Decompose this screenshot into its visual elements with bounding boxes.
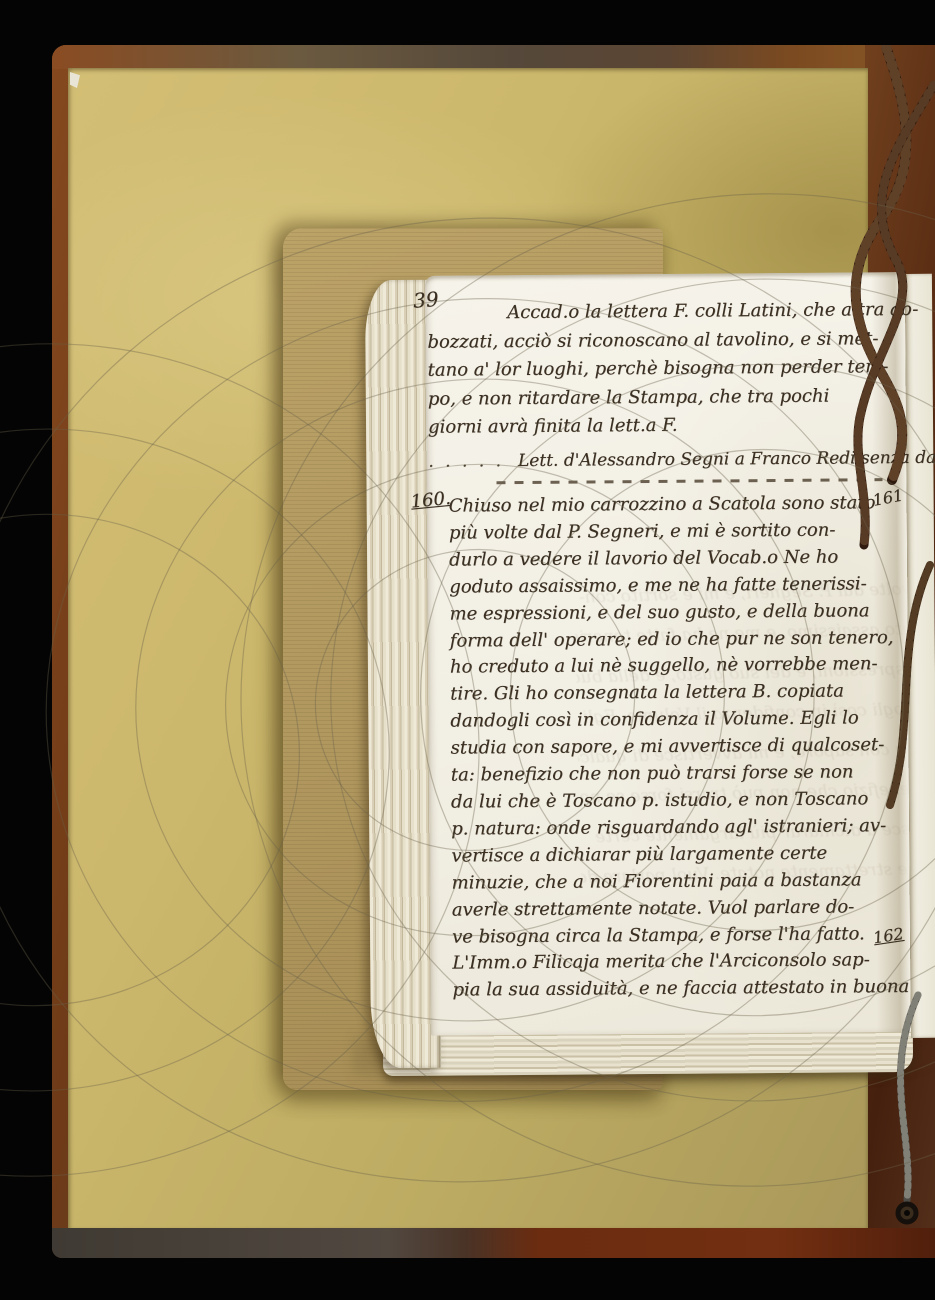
text-line: po, e non ritardare la Stampa, che tra p… (428, 382, 902, 414)
paragraph-2: Chiuso nel mio carrozzino a Scatola sono… (449, 490, 911, 1005)
text-line: da lui che è Toscano p. istudio, e non T… (451, 786, 909, 817)
text-line: L'Imm.o Filicaja merita che l'Arciconsol… (452, 947, 910, 978)
text-line: ho creduto a lui nè suggello, nè vorrebb… (450, 651, 908, 682)
text-line: studia con sapore, e mi avvertisce di qu… (450, 732, 908, 763)
text-line: minuzie, che a noi Fiorentini paia a bas… (452, 867, 910, 898)
text-line: forma dell' operare; ed io che pur ne so… (450, 625, 908, 656)
text-line: pia la sua assiduità, e ne faccia attest… (452, 974, 910, 1005)
photo-stage: più volte dal P. Segneri, e mi è sortito… (0, 0, 935, 1300)
paragraph-1: Accad.o la lettera F. colli Latini, che … (427, 296, 902, 443)
paper-chip (70, 72, 80, 88)
text-line: più volte dal P. Segneri, e mi è sortito… (449, 517, 907, 548)
text-line: tire. Gli ho consegnata la lettera B. co… (450, 678, 908, 709)
text-line: durlo a vedere il lavorio del Vocab.o Ne… (449, 544, 907, 575)
text-line: p. natura: onde risguardando agl' istran… (451, 813, 909, 844)
text-line: averle strettamente notate. Vuol parlare… (452, 894, 910, 925)
text-line: dandogli così in confidenza il Volume. E… (450, 705, 908, 736)
text-line: ve bisogna circa la Stampa, e forse l'ha… (452, 920, 910, 951)
text-line: tano a' lor luoghi, perchè bisogna non p… (428, 353, 902, 385)
text-line: bozzati, acciò si riconoscano al tavolin… (427, 325, 901, 357)
braided-binding-cords (850, 45, 935, 1258)
text-line: me espressioni, e del suo gusto, e della… (449, 598, 907, 629)
text-line: giorni avrà finita la lett.a F. (428, 410, 902, 442)
text-line: goduto assaissimo, e me ne ha fatte tene… (449, 571, 907, 602)
text-line: ta: benefizio che non può trarsi forse s… (451, 759, 909, 790)
text-line: Chiuso nel mio carrozzino a Scatola sono… (449, 490, 907, 521)
leather-book-cover: più volte dal P. Segneri, e mi è sortito… (52, 45, 935, 1258)
text-line: vertisce a dichiarar più largamente cert… (451, 840, 909, 871)
reference-dots: . . . . . (428, 451, 504, 472)
entry-number: 160. (410, 488, 452, 513)
text-line: Accad.o la lettera F. colli Latini, che … (427, 296, 901, 328)
